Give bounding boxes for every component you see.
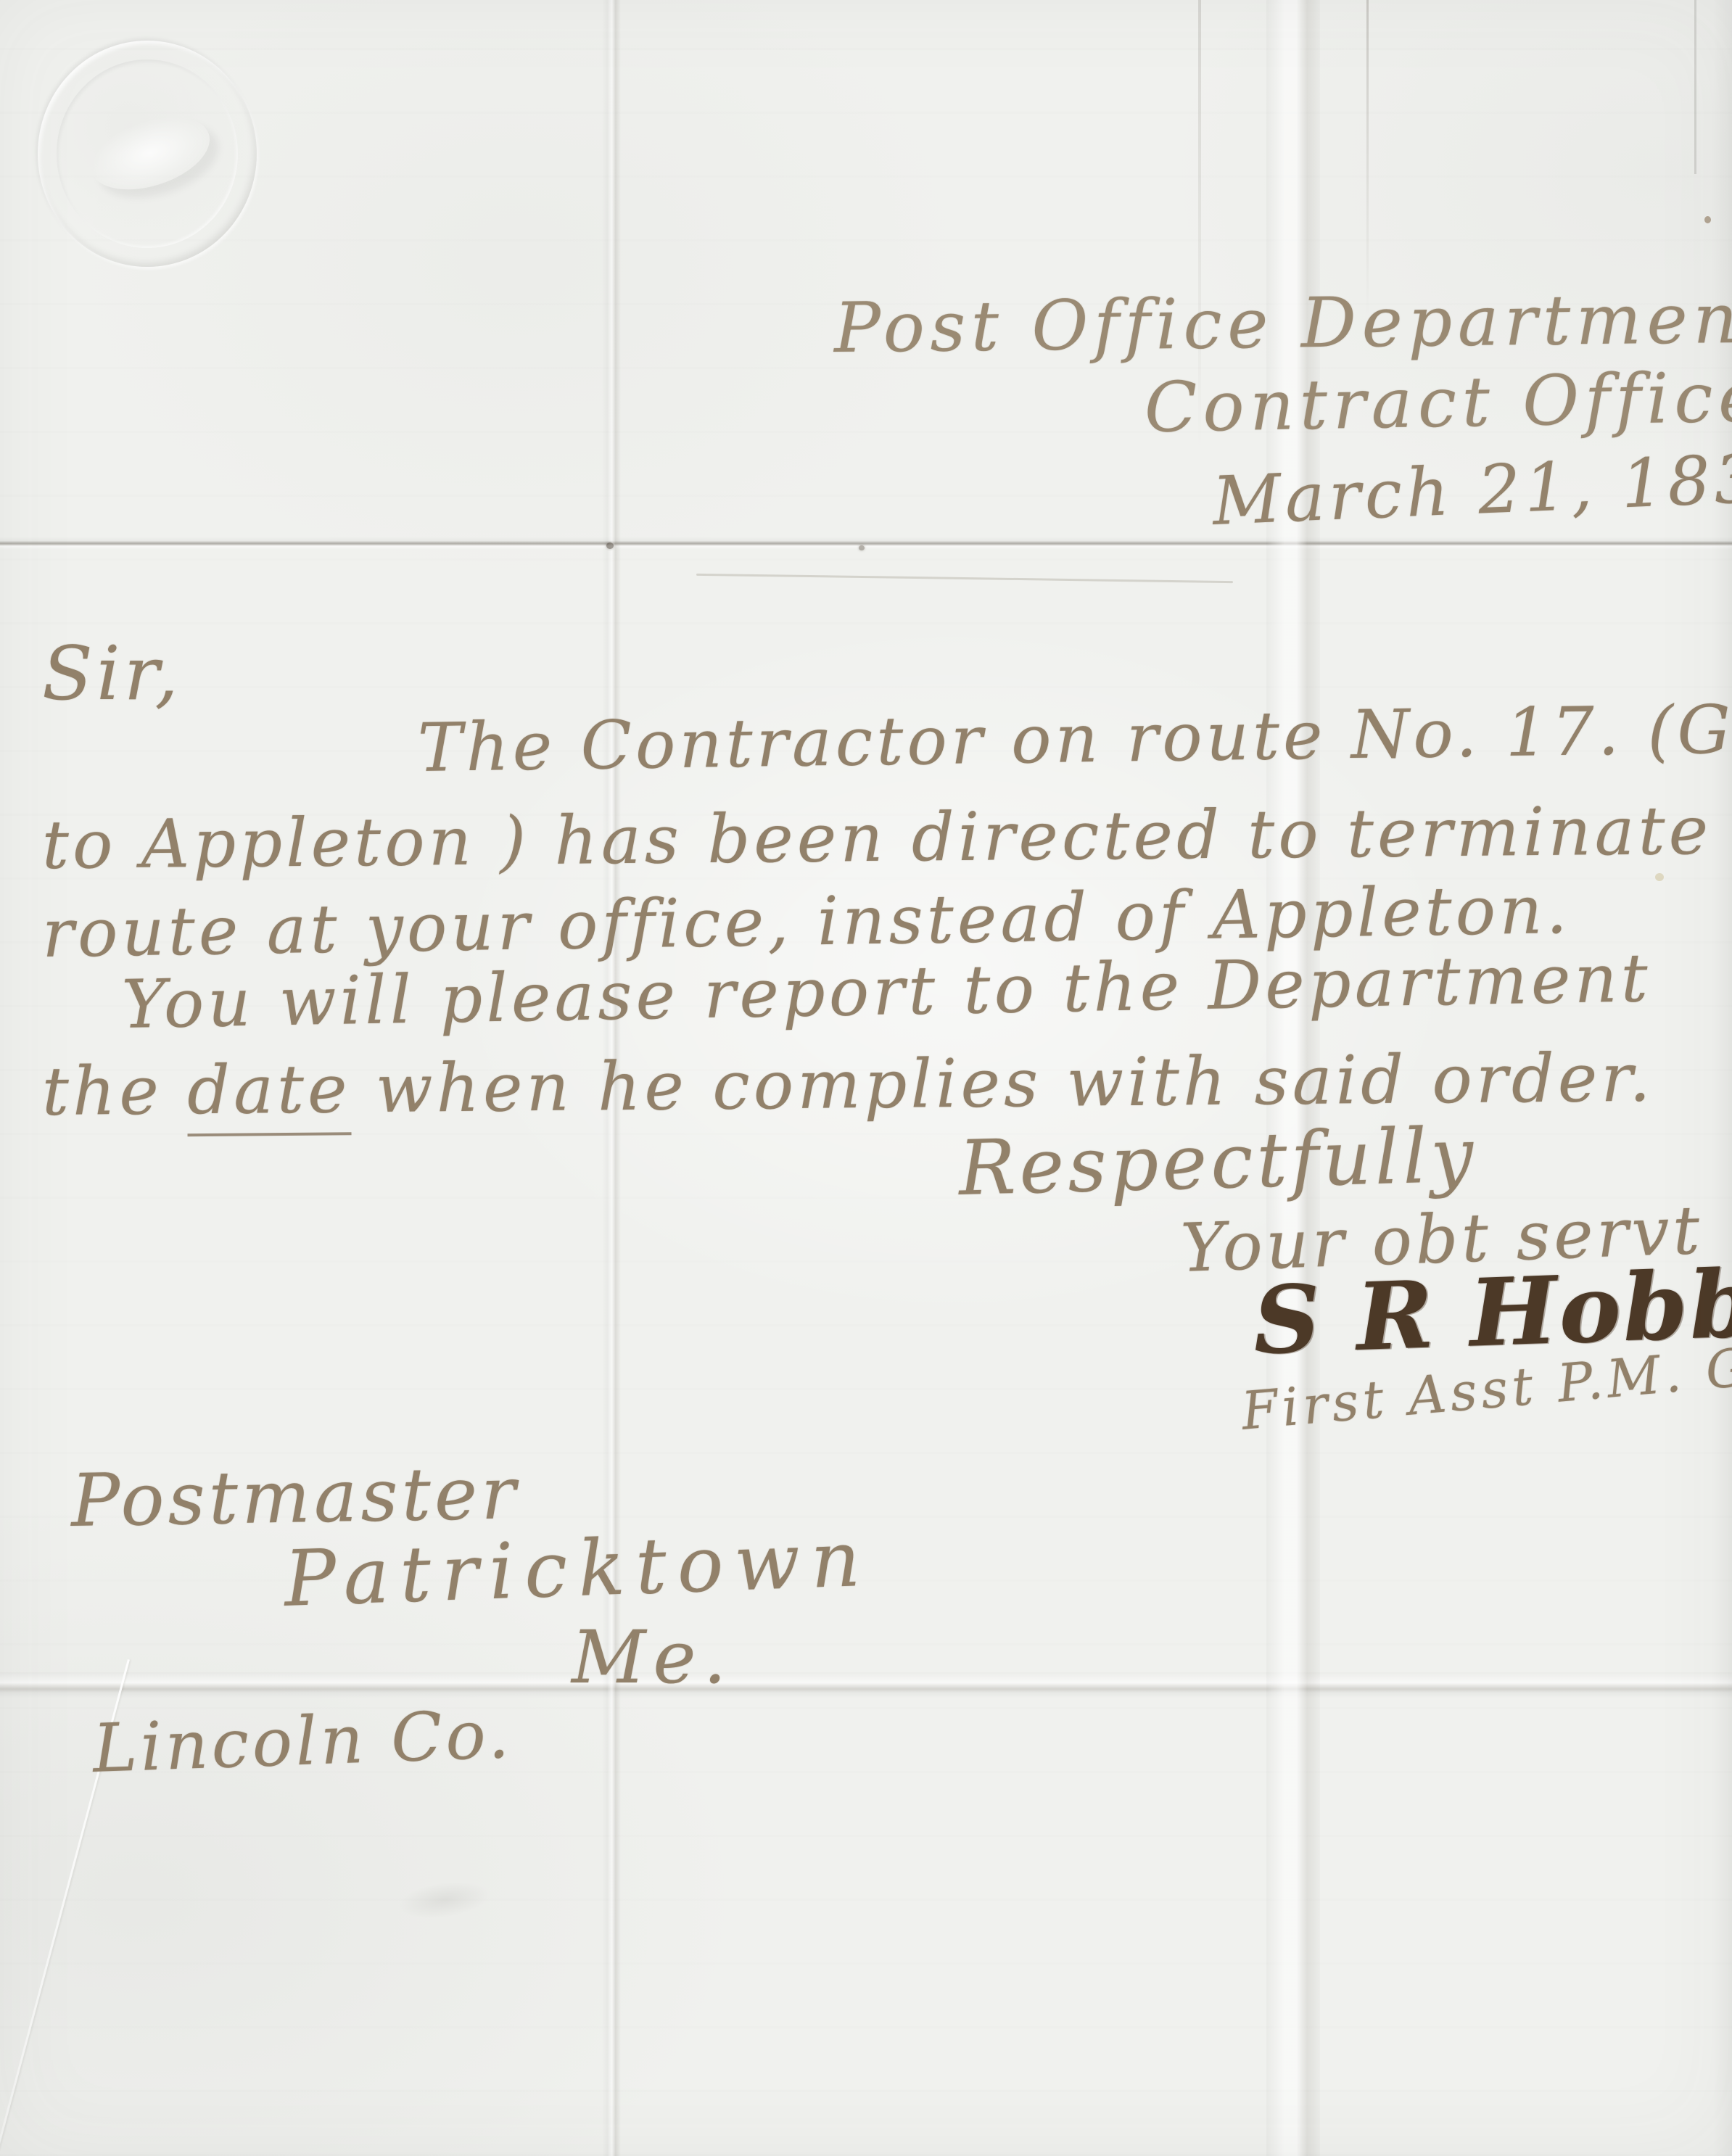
address-recipient: Postmaster	[70, 1458, 519, 1535]
crease-line-top-1	[1366, 0, 1369, 319]
fold-crease-horizontal-top	[0, 537, 1732, 550]
body-line-2: to Appleton ) has been directed to termi…	[42, 798, 1732, 877]
crease-wavy-line	[696, 574, 1233, 583]
letter-scan: Post Office Department Contract Office M…	[0, 0, 1732, 2156]
ink-speck	[1704, 216, 1711, 223]
closing-valediction: Respectfully	[958, 1119, 1478, 1204]
fold-wear-speck	[606, 542, 614, 549]
stain-spot	[1655, 873, 1664, 881]
embossed-seal-icon	[38, 41, 257, 267]
heading-department: Post Office Department	[834, 286, 1732, 361]
heading-date: March 21, 1838	[1211, 445, 1732, 534]
body-line-5-prefix: the	[42, 1052, 188, 1131]
address-county: Lincoln Co.	[91, 1703, 513, 1781]
salutation: Sir,	[42, 640, 182, 710]
address-state: Me.	[572, 1623, 733, 1692]
heading-office: Contract Office	[1144, 365, 1732, 441]
body-line-1: The Contractor on route No. 17. (Gardine…	[417, 694, 1732, 780]
underlined-word-date: date	[187, 1050, 351, 1136]
fold-crease-horizontal-bottom	[0, 1672, 1732, 1698]
address-town: Patricktown	[283, 1523, 872, 1616]
fold-wear-speck	[859, 545, 865, 550]
pencil-smudge	[395, 1876, 493, 1924]
paper-corner-edge	[1694, 0, 1696, 174]
